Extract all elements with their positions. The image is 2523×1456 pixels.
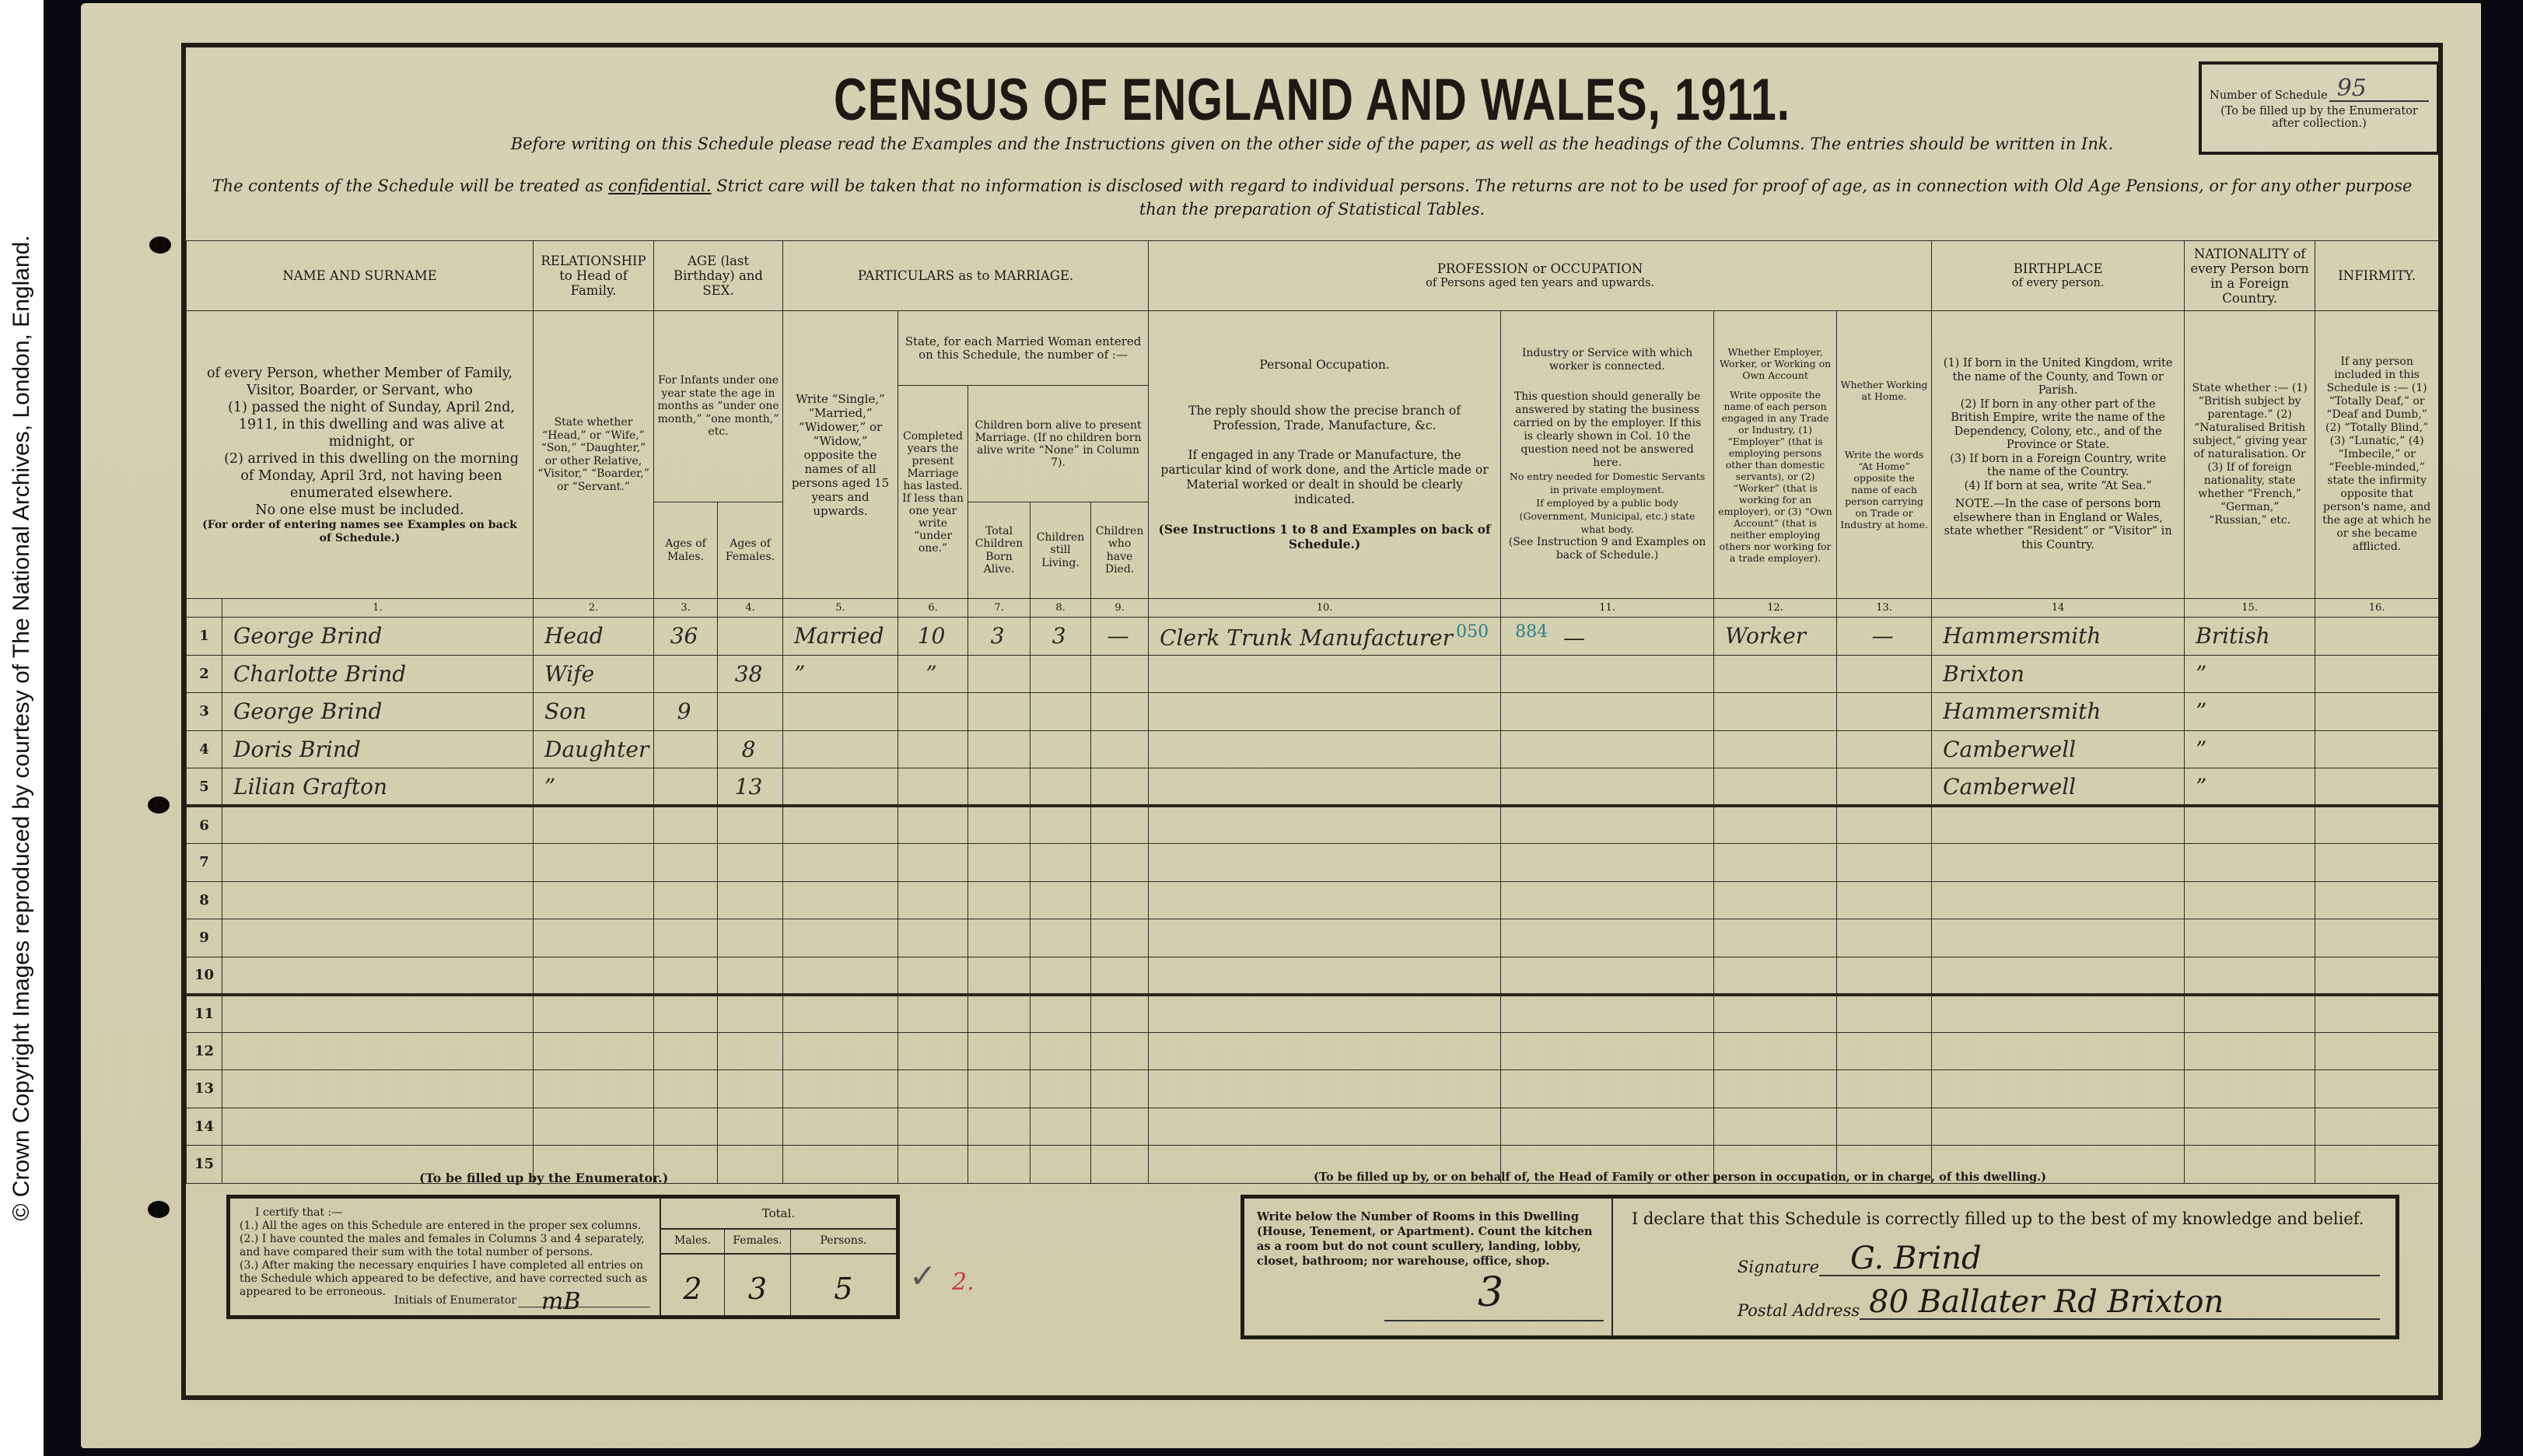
marital-status-cell[interactable] xyxy=(783,730,898,768)
nationality-cell[interactable] xyxy=(2185,919,2315,957)
marital-status-cell[interactable] xyxy=(783,1032,898,1070)
marital-status-cell[interactable] xyxy=(783,1146,898,1184)
children-born-cell[interactable] xyxy=(968,919,1031,957)
personal-occupation-cell[interactable] xyxy=(1149,957,1501,995)
industry-cell[interactable] xyxy=(1501,768,1714,807)
birthplace-value: Hammersmith xyxy=(1943,623,2101,649)
married-woman-instructions: State, for each Married Woman entered on… xyxy=(898,311,1149,386)
working-at-home-cell[interactable] xyxy=(1837,768,1932,807)
children-died-cell[interactable] xyxy=(1091,844,1149,882)
marriage-years-cell[interactable]: 10 xyxy=(898,618,968,656)
children-living-cell[interactable] xyxy=(1031,730,1091,768)
birthplace-cell[interactable]: Brixton xyxy=(1932,655,2185,693)
head-of-family-declaration: Write below the Number of Rooms in this … xyxy=(1241,1195,2399,1339)
age-female-cell[interactable] xyxy=(718,1108,783,1146)
employment-status-cell[interactable] xyxy=(1714,768,1837,807)
postal-address-field[interactable]: 80 Ballater Rd Brixton xyxy=(1860,1286,2380,1320)
females-total[interactable]: 3 xyxy=(725,1255,791,1315)
children-living-cell[interactable] xyxy=(1031,1108,1091,1146)
person-name-cell[interactable] xyxy=(222,957,534,995)
head-of-family-section-label: (To be filled up by, or on behalf of, th… xyxy=(1314,1171,2046,1184)
personal-occupation-cell[interactable] xyxy=(1149,995,1501,1033)
birthplace-cell[interactable] xyxy=(1932,881,2185,919)
working-at-home-cell[interactable] xyxy=(1837,655,1932,693)
children-born-cell[interactable] xyxy=(968,730,1031,768)
age-female-cell[interactable] xyxy=(718,618,783,656)
employment-status-cell[interactable] xyxy=(1714,806,1837,844)
industry-cell[interactable] xyxy=(1501,806,1714,844)
employment-status-cell[interactable] xyxy=(1714,844,1837,882)
children-born-cell[interactable] xyxy=(968,1108,1031,1146)
marriage-years-cell[interactable] xyxy=(898,1108,968,1146)
children-living-cell[interactable] xyxy=(1031,655,1091,693)
children-living-cell[interactable] xyxy=(1031,1146,1091,1184)
age-female-cell[interactable] xyxy=(718,1032,783,1070)
children-born-cell[interactable] xyxy=(968,995,1031,1033)
age-male-cell[interactable] xyxy=(654,995,718,1033)
initials-value: mB xyxy=(541,1295,581,1308)
working-at-home-cell[interactable] xyxy=(1837,844,1932,882)
marriage-years-cell[interactable] xyxy=(898,844,968,882)
person-name-cell[interactable]: George Brind xyxy=(222,618,534,656)
col-num: 10. xyxy=(1149,599,1501,618)
working-at-home-cell[interactable]: — xyxy=(1837,618,1932,656)
children-born-cell[interactable] xyxy=(968,806,1031,844)
table-row: 6 xyxy=(187,806,2439,844)
personal-occupation-cell[interactable] xyxy=(1149,919,1501,957)
age-male-cell[interactable] xyxy=(654,844,718,882)
marriage-years-cell[interactable] xyxy=(898,1070,968,1108)
children-died-cell[interactable] xyxy=(1091,995,1149,1033)
schedule-number-field[interactable]: 95 xyxy=(2329,83,2429,102)
age-male-cell[interactable] xyxy=(654,655,718,693)
person-name-cell[interactable] xyxy=(222,1108,534,1146)
personal-occupation-cell[interactable] xyxy=(1149,806,1501,844)
birthplace-cell[interactable] xyxy=(1932,1070,2185,1108)
birthplace-cell[interactable] xyxy=(1932,919,2185,957)
marriage-years-cell[interactable] xyxy=(898,957,968,995)
children-died-cell[interactable] xyxy=(1091,730,1149,768)
birthplace-cell[interactable] xyxy=(1932,806,2185,844)
age-female-cell[interactable] xyxy=(718,844,783,882)
table-row: 12 xyxy=(187,1032,2439,1070)
employment-status-cell[interactable] xyxy=(1714,655,1837,693)
person-name-cell[interactable]: Charlotte Brind xyxy=(222,655,534,693)
relationship-cell[interactable] xyxy=(534,806,654,844)
relationship-cell[interactable] xyxy=(534,919,654,957)
marriage-years-cell[interactable] xyxy=(898,693,968,731)
copyright-text: © Crown Copyright Images reproduced by c… xyxy=(9,235,35,1220)
relationship-cell[interactable]: ” xyxy=(534,768,654,807)
employment-status-instructions: Whether Employer, Worker, or Working on … xyxy=(1714,311,1837,599)
working-at-home-cell[interactable] xyxy=(1837,919,1932,957)
age-male-value: 9 xyxy=(677,698,691,724)
relationship-cell[interactable] xyxy=(534,1032,654,1070)
children-died-cell[interactable] xyxy=(1091,957,1149,995)
marriage-years-cell[interactable] xyxy=(898,995,968,1033)
children-died-cell[interactable] xyxy=(1091,693,1149,731)
signature-field[interactable]: G. Brind xyxy=(1819,1242,2380,1276)
row-number: 11 xyxy=(187,995,222,1033)
nationality-cell[interactable] xyxy=(2185,995,2315,1033)
age-female-cell[interactable] xyxy=(718,1070,783,1108)
table-row: 13 xyxy=(187,1070,2439,1108)
males-total[interactable]: 2 xyxy=(661,1255,725,1315)
children-born-cell[interactable] xyxy=(968,693,1031,731)
marital-status-cell[interactable] xyxy=(783,693,898,731)
children-living-cell[interactable]: 3 xyxy=(1031,618,1091,656)
infirmity-cell[interactable] xyxy=(2315,1108,2439,1146)
marital-status-value: Married xyxy=(794,623,884,649)
person-name-cell[interactable] xyxy=(222,1070,534,1108)
nationality-cell[interactable] xyxy=(2185,844,2315,882)
marriage-years-value: 10 xyxy=(918,623,946,649)
marital-status-cell[interactable]: Married xyxy=(783,618,898,656)
children-died-cell[interactable] xyxy=(1091,1108,1149,1146)
person-name-cell[interactable]: George Brind xyxy=(222,693,534,731)
children-living-cell[interactable] xyxy=(1031,844,1091,882)
working-at-home-cell[interactable] xyxy=(1837,693,1932,731)
relationship-cell[interactable]: Wife xyxy=(534,655,654,693)
children-living-cell[interactable] xyxy=(1031,957,1091,995)
marital-status-cell[interactable]: ” xyxy=(783,655,898,693)
personal-occupation-cell[interactable] xyxy=(1149,1070,1501,1108)
birthplace-cell[interactable] xyxy=(1932,957,2185,995)
children-born-cell[interactable] xyxy=(968,881,1031,919)
personal-occupation-cell[interactable] xyxy=(1149,1032,1501,1070)
nationality-cell[interactable] xyxy=(2185,806,2315,844)
working-at-home-cell[interactable] xyxy=(1837,995,1932,1033)
col-num: 7. xyxy=(968,599,1031,618)
employment-status-cell[interactable] xyxy=(1714,919,1837,957)
industry-cell[interactable] xyxy=(1501,1108,1714,1146)
initials-field[interactable]: mB xyxy=(518,1281,650,1307)
relationship-value: Daughter xyxy=(544,737,649,762)
personal-occupation-cell[interactable]: Clerk Trunk Manufacturer050 xyxy=(1149,618,1501,656)
age-instructions: For Infants under one year state the age… xyxy=(654,311,783,502)
working-at-home-cell[interactable] xyxy=(1837,1032,1932,1070)
employment-status-cell[interactable]: Worker xyxy=(1714,618,1837,656)
table-row: 1George BrindHead36Married1033—Clerk Tru… xyxy=(187,618,2439,656)
relationship-cell[interactable] xyxy=(534,1108,654,1146)
marriage-years-cell[interactable] xyxy=(898,768,968,807)
age-male-cell[interactable]: 36 xyxy=(654,618,718,656)
industry-cell[interactable] xyxy=(1501,957,1714,995)
infirmity-cell[interactable] xyxy=(2315,730,2439,768)
employment-status-cell[interactable] xyxy=(1714,1032,1837,1070)
person-name-cell[interactable]: Lilian Grafton xyxy=(222,768,534,807)
working-at-home-cell[interactable] xyxy=(1837,730,1932,768)
nationality-value: ” xyxy=(2196,774,2206,800)
infirmity-cell[interactable] xyxy=(2315,957,2439,995)
employment-status-cell[interactable] xyxy=(1714,957,1837,995)
children-born-cell[interactable]: 3 xyxy=(968,618,1031,656)
working-at-home-cell[interactable] xyxy=(1837,1108,1932,1146)
infirmity-cell[interactable] xyxy=(2315,1070,2439,1108)
marital-status-value: ” xyxy=(794,661,805,687)
row-number: 1 xyxy=(187,618,222,656)
relationship-cell[interactable]: Son xyxy=(534,693,654,731)
age-female-cell[interactable] xyxy=(718,881,783,919)
person-name-cell[interactable] xyxy=(222,919,534,957)
industry-code: 884 xyxy=(1515,622,1548,642)
punch-hole xyxy=(149,236,171,254)
person-name-cell[interactable] xyxy=(222,881,534,919)
age-male-cell[interactable] xyxy=(654,768,718,807)
marital-status-cell[interactable] xyxy=(783,1070,898,1108)
person-name-cell[interactable] xyxy=(222,1032,534,1070)
age-male-cell[interactable] xyxy=(654,957,718,995)
birthplace-cell[interactable] xyxy=(1932,1108,2185,1146)
relationship-cell[interactable] xyxy=(534,957,654,995)
nationality-cell[interactable] xyxy=(2185,1032,2315,1070)
children-born-cell[interactable] xyxy=(968,844,1031,882)
marriage-years-cell[interactable] xyxy=(898,730,968,768)
children-died-cell[interactable]: — xyxy=(1091,618,1149,656)
industry-cell[interactable] xyxy=(1501,881,1714,919)
infirmity-cell[interactable] xyxy=(2315,655,2439,693)
industry-cell[interactable] xyxy=(1501,1032,1714,1070)
personal-occupation-cell[interactable] xyxy=(1149,655,1501,693)
nationality-cell[interactable] xyxy=(2185,881,2315,919)
children-born-cell[interactable] xyxy=(968,1070,1031,1108)
age-male-cell[interactable]: 9 xyxy=(654,693,718,731)
nationality-cell[interactable] xyxy=(2185,1146,2315,1184)
col-num: 6. xyxy=(898,599,968,618)
personal-occupation-cell[interactable] xyxy=(1149,844,1501,882)
children-living-cell[interactable] xyxy=(1031,881,1091,919)
industry-cell[interactable] xyxy=(1501,730,1714,768)
relationship-cell[interactable]: Daughter xyxy=(534,730,654,768)
employment-status-cell[interactable] xyxy=(1714,693,1837,731)
marriage-years-cell[interactable] xyxy=(898,806,968,844)
header-occupation: PROFESSION or OCCUPATION of Persons aged… xyxy=(1149,241,1932,311)
industry-cell[interactable] xyxy=(1501,844,1714,882)
industry-cell[interactable]: 884— xyxy=(1501,618,1714,656)
nationality-cell[interactable] xyxy=(2185,1070,2315,1108)
nationality-value: British xyxy=(2196,623,2270,649)
personal-occupation-cell[interactable] xyxy=(1149,881,1501,919)
age-female-cell[interactable]: 38 xyxy=(718,655,783,693)
industry-cell[interactable] xyxy=(1501,655,1714,693)
children-died-cell[interactable] xyxy=(1091,655,1149,693)
employment-status-cell[interactable] xyxy=(1714,1108,1837,1146)
infirmity-cell[interactable] xyxy=(2315,1146,2439,1184)
marital-status-cell[interactable] xyxy=(783,768,898,807)
relationship-value: Wife xyxy=(544,661,594,687)
infirmity-cell[interactable] xyxy=(2315,1032,2439,1070)
col-num: 13. xyxy=(1837,599,1932,618)
marital-status-cell[interactable] xyxy=(783,881,898,919)
industry-cell[interactable] xyxy=(1501,919,1714,957)
rooms-section: Write below the Number of Rooms in this … xyxy=(1244,1199,1613,1335)
marital-status-cell[interactable] xyxy=(783,806,898,844)
working-at-home-cell[interactable] xyxy=(1837,957,1932,995)
age-female-value: 8 xyxy=(742,737,756,762)
age-female-cell[interactable] xyxy=(718,957,783,995)
personal-occupation-cell[interactable] xyxy=(1149,768,1501,807)
age-male-cell[interactable] xyxy=(654,1070,718,1108)
infirmity-cell[interactable] xyxy=(2315,768,2439,807)
person-name-value: George Brind xyxy=(233,623,382,649)
nationality-value: ” xyxy=(2196,661,2206,687)
working-at-home-cell[interactable] xyxy=(1837,806,1932,844)
header-relationship: RELATIONSHIP to Head of Family. xyxy=(534,241,654,311)
marriage-years-cell[interactable] xyxy=(898,1032,968,1070)
enumerator-section-label: (To be filled up by the Enumerator.) xyxy=(419,1171,668,1185)
col-num: 2. xyxy=(534,599,654,618)
relationship-cell[interactable] xyxy=(534,881,654,919)
infirmity-cell[interactable] xyxy=(2315,995,2439,1033)
occupation-code: 050 xyxy=(1456,622,1489,642)
header-marriage: PARTICULARS as to MARRIAGE. xyxy=(783,241,1149,311)
nationality-cell[interactable]: ” xyxy=(2185,730,2315,768)
children-died-cell[interactable] xyxy=(1091,768,1149,807)
employment-status-cell[interactable] xyxy=(1714,1070,1837,1108)
children-living-cell[interactable] xyxy=(1031,768,1091,807)
nationality-value: ” xyxy=(2196,698,2206,724)
marital-status-cell[interactable] xyxy=(783,919,898,957)
age-male-value: 36 xyxy=(670,623,698,649)
age-male-cell[interactable] xyxy=(654,730,718,768)
working-at-home-instructions: Whether Working at Home. Write the words… xyxy=(1837,311,1932,599)
infirmity-cell[interactable] xyxy=(2315,618,2439,656)
children-living-cell[interactable] xyxy=(1031,693,1091,731)
children-born-cell[interactable] xyxy=(968,1032,1031,1070)
age-female-cell[interactable] xyxy=(718,919,783,957)
person-name-cell[interactable] xyxy=(222,806,534,844)
row-number: 5 xyxy=(187,768,222,807)
col-num: 5. xyxy=(783,599,898,618)
industry-cell[interactable] xyxy=(1501,1070,1714,1108)
birthplace-cell[interactable]: Camberwell xyxy=(1932,730,2185,768)
persons-total[interactable]: 5 xyxy=(791,1255,896,1315)
relationship-value: ” xyxy=(544,774,555,800)
person-name-value: George Brind xyxy=(233,698,382,724)
children-born-cell[interactable] xyxy=(968,957,1031,995)
infirmity-cell[interactable] xyxy=(2315,806,2439,844)
marital-status-cell[interactable] xyxy=(783,995,898,1033)
marital-status-cell[interactable] xyxy=(783,844,898,882)
working-at-home-cell[interactable] xyxy=(1837,881,1932,919)
children-living-cell[interactable] xyxy=(1031,995,1091,1033)
children-died-cell[interactable] xyxy=(1091,881,1149,919)
marital-status-cell[interactable] xyxy=(783,1108,898,1146)
marriage-years-cell[interactable] xyxy=(898,1146,968,1184)
males-label: Males. xyxy=(661,1230,725,1255)
infirmity-cell[interactable] xyxy=(2315,919,2439,957)
children-living-cell[interactable] xyxy=(1031,1032,1091,1070)
table-row: 4Doris BrindDaughter8Camberwell” xyxy=(187,730,2439,768)
birthplace-cell[interactable]: Hammersmith xyxy=(1932,693,2185,731)
children-born-cell[interactable] xyxy=(968,655,1031,693)
age-female-cell[interactable]: 8 xyxy=(718,730,783,768)
infirmity-cell[interactable] xyxy=(2315,693,2439,731)
children-living-cell[interactable] xyxy=(1031,806,1091,844)
nationality-cell[interactable]: ” xyxy=(2185,768,2315,807)
birthplace-cell[interactable] xyxy=(1932,995,2185,1033)
age-female-cell[interactable] xyxy=(718,995,783,1033)
col-num: 8. xyxy=(1031,599,1091,618)
children-died-cell[interactable] xyxy=(1091,806,1149,844)
infirmity-cell[interactable] xyxy=(2315,881,2439,919)
schedule-number-note: (To be filled up by the Enumerator after… xyxy=(2210,105,2429,130)
personal-occupation-cell[interactable] xyxy=(1149,730,1501,768)
marriage-years-cell[interactable] xyxy=(898,919,968,957)
relationship-cell[interactable] xyxy=(534,995,654,1033)
age-female-cell[interactable] xyxy=(718,1146,783,1184)
nationality-cell[interactable]: ” xyxy=(2185,693,2315,731)
relationship-cell[interactable] xyxy=(534,1070,654,1108)
marital-status-cell[interactable] xyxy=(783,957,898,995)
children-died-cell[interactable] xyxy=(1091,1032,1149,1070)
nationality-cell[interactable]: ” xyxy=(2185,655,2315,693)
birthplace-cell[interactable] xyxy=(1932,844,2185,882)
infirmity-cell[interactable] xyxy=(2315,844,2439,882)
industry-cell[interactable] xyxy=(1501,995,1714,1033)
marriage-years-cell[interactable]: ” xyxy=(898,655,968,693)
nationality-cell[interactable] xyxy=(2185,957,2315,995)
ages-males-label: Ages of Males. xyxy=(654,502,718,599)
employment-status-cell[interactable] xyxy=(1714,730,1837,768)
birthplace-cell[interactable]: Camberwell xyxy=(1932,768,2185,807)
age-male-cell[interactable] xyxy=(654,1108,718,1146)
working-at-home-cell[interactable] xyxy=(1837,1070,1932,1108)
nationality-cell[interactable] xyxy=(2185,1108,2315,1146)
age-female-cell[interactable]: 13 xyxy=(718,768,783,807)
industry-cell[interactable] xyxy=(1501,693,1714,731)
females-label: Females. xyxy=(725,1230,791,1255)
children-died-cell[interactable] xyxy=(1091,1146,1149,1184)
col-num: 1. xyxy=(222,599,534,618)
age-male-cell[interactable] xyxy=(654,919,718,957)
employment-status-cell[interactable] xyxy=(1714,995,1837,1033)
header-name: NAME AND SURNAME xyxy=(187,241,534,311)
personal-occupation-cell[interactable] xyxy=(1149,693,1501,731)
check-mark-icon: ✓ xyxy=(909,1257,936,1295)
age-male-cell[interactable] xyxy=(654,881,718,919)
age-female-cell[interactable] xyxy=(718,806,783,844)
children-died-cell[interactable] xyxy=(1091,919,1149,957)
person-name-cell[interactable]: Doris Brind xyxy=(222,730,534,768)
relationship-cell[interactable] xyxy=(534,844,654,882)
children-born-cell[interactable] xyxy=(968,768,1031,807)
children-living-cell[interactable] xyxy=(1031,1070,1091,1108)
row-number: 7 xyxy=(187,844,222,882)
children-born-cell[interactable] xyxy=(968,1146,1031,1184)
age-male-cell[interactable] xyxy=(654,806,718,844)
person-name-cell[interactable] xyxy=(222,995,534,1033)
nationality-cell[interactable]: British xyxy=(2185,618,2315,656)
rooms-count[interactable]: 3 xyxy=(1478,1286,1503,1300)
children-died-cell[interactable] xyxy=(1091,1070,1149,1108)
row-number: 8 xyxy=(187,881,222,919)
person-name-value: Doris Brind xyxy=(233,737,361,762)
birthplace-cell[interactable]: Hammersmith xyxy=(1932,618,2185,656)
children-living-value: 3 xyxy=(1052,623,1066,649)
person-name-cell[interactable] xyxy=(222,844,534,882)
personal-occupation-cell[interactable] xyxy=(1149,1108,1501,1146)
relationship-cell[interactable]: Head xyxy=(534,618,654,656)
birthplace-cell[interactable] xyxy=(1932,1032,2185,1070)
employment-status-cell[interactable] xyxy=(1714,881,1837,919)
age-male-cell[interactable] xyxy=(654,1032,718,1070)
punch-hole xyxy=(148,1201,170,1218)
children-living-cell[interactable] xyxy=(1031,919,1091,957)
marriage-years-cell[interactable] xyxy=(898,881,968,919)
declaration-text: I declare that this Schedule is correctl… xyxy=(1632,1209,2377,1228)
age-female-cell[interactable] xyxy=(718,693,783,731)
